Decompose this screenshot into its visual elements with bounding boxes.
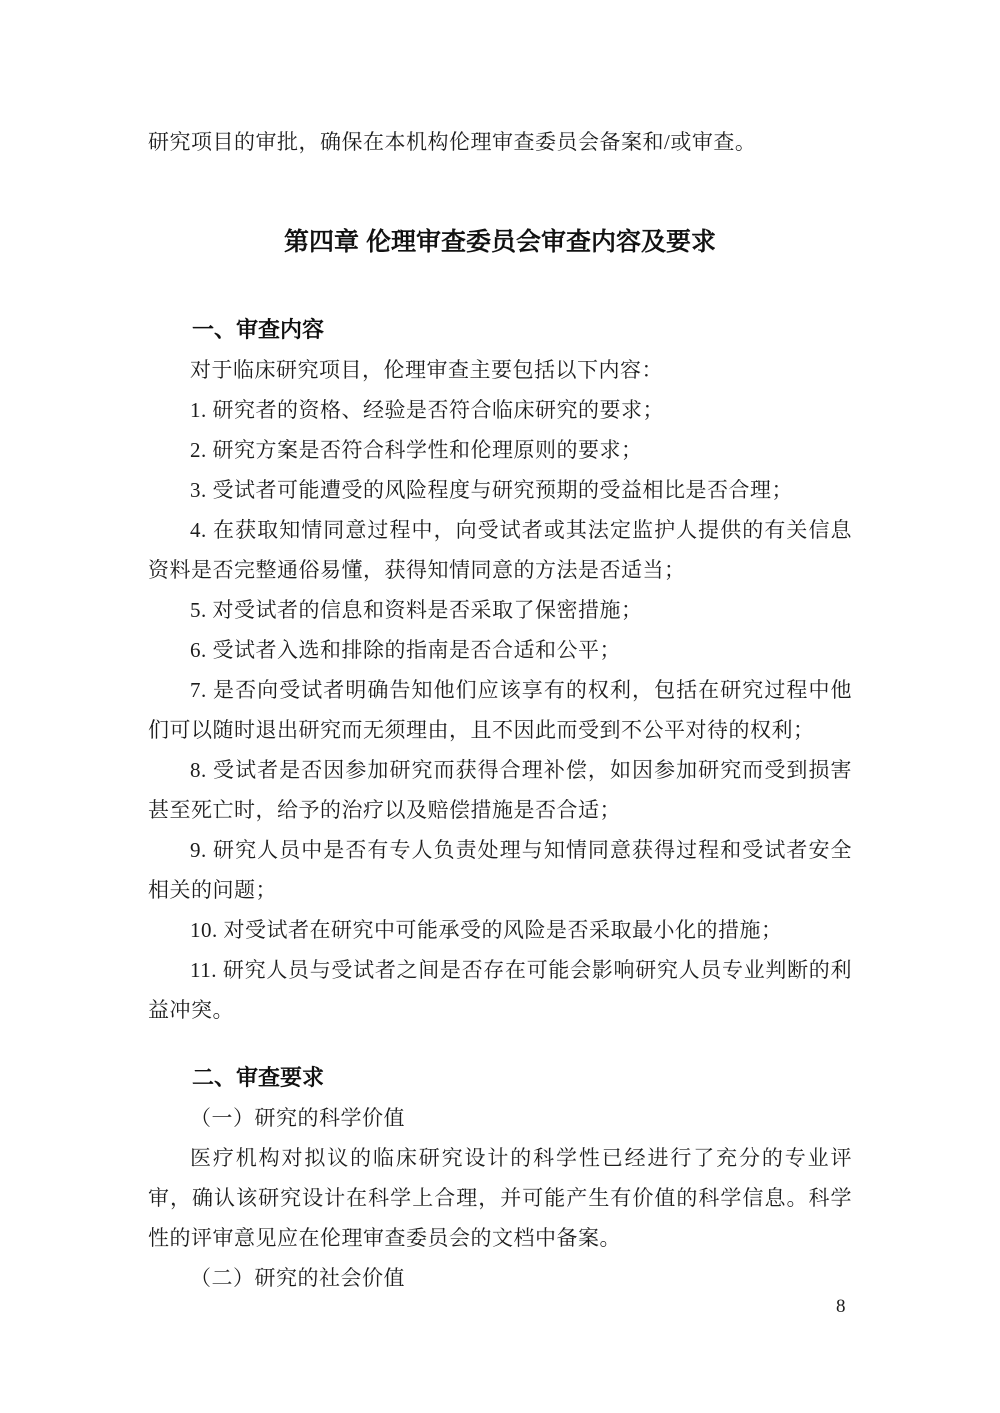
review-item-2: 2. 研究方案是否符合科学性和伦理原则的要求；	[148, 430, 852, 470]
section2-sub1-heading: （一）研究的科学价值	[148, 1098, 852, 1138]
review-item-11: 11. 研究人员与受试者之间是否存在可能会影响研究人员专业判断的利益冲突。	[148, 950, 852, 1030]
review-item-10: 10. 对受试者在研究中可能承受的风险是否采取最小化的措施；	[148, 910, 852, 950]
review-item-4: 4. 在获取知情同意过程中，向受试者或其法定监护人提供的有关信息资料是否完整通俗…	[148, 510, 852, 590]
section2-heading: 二、审查要求	[148, 1058, 852, 1098]
review-item-7: 7. 是否向受试者明确告知他们应该享有的权利，包括在研究过程中他们可以随时退出研…	[148, 670, 852, 750]
review-item-9: 9. 研究人员中是否有专人负责处理与知情同意获得过程和受试者安全相关的问题；	[148, 830, 852, 910]
review-item-6: 6. 受试者入选和排除的指南是否合适和公平；	[148, 630, 852, 670]
section2-sub2-heading: （二）研究的社会价值	[148, 1258, 852, 1298]
page-number: 8	[836, 1296, 846, 1318]
chapter-title: 第四章 伦理审查委员会审查内容及要求	[148, 222, 852, 262]
section1-lead: 对于临床研究项目，伦理审查主要包括以下内容：	[148, 350, 852, 390]
review-item-8: 8. 受试者是否因参加研究而获得合理补偿，如因参加研究而受到损害甚至死亡时，给予…	[148, 750, 852, 830]
review-item-5: 5. 对受试者的信息和资料是否采取了保密措施；	[148, 590, 852, 630]
document-page: 研究项目的审批，确保在本机构伦理审查委员会备案和/或审查。 第四章 伦理审查委员…	[0, 0, 1000, 1413]
section2-sub1-body: 医疗机构对拟议的临床研究设计的科学性已经进行了充分的专业评审，确认该研究设计在科…	[148, 1138, 852, 1258]
section1-heading: 一、审查内容	[148, 310, 852, 350]
intro-paragraph: 研究项目的审批，确保在本机构伦理审查委员会备案和/或审查。	[148, 122, 852, 162]
review-item-3: 3. 受试者可能遭受的风险程度与研究预期的受益相比是否合理；	[148, 470, 852, 510]
review-item-1: 1. 研究者的资格、经验是否符合临床研究的要求；	[148, 390, 852, 430]
